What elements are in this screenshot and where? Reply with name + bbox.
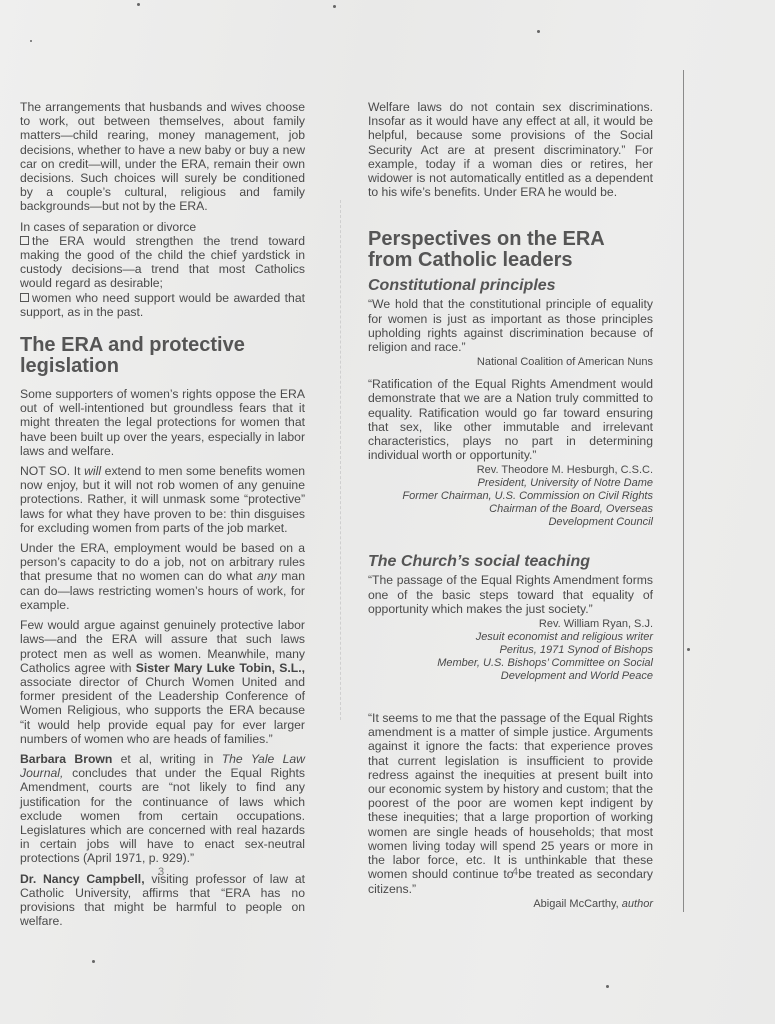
checkbox-bullet-icon: [20, 293, 29, 302]
section-heading-protective-legislation: The ERA and protective legislation: [20, 335, 305, 377]
scan-speck: [333, 5, 336, 8]
page-edge-rule: [683, 70, 684, 912]
subheading-constitutional-principles: Constitutional principles: [368, 277, 653, 295]
scan-speck: [537, 30, 540, 33]
person-name: Sister Mary Luke Tobin, S.L.,: [136, 661, 305, 675]
person-name: Dr. Nancy Campbell,: [20, 872, 145, 886]
paragraph-yale-law-journal: Barbara Brown et al, writing in The Yale…: [20, 752, 305, 866]
page-number-3: 3: [158, 866, 164, 878]
paragraph-not-so: NOT SO. It will extend to men some benef…: [20, 464, 305, 535]
scan-speck: [687, 648, 690, 651]
paragraph-nancy-campbell: Dr. Nancy Campbell, visiting professor o…: [20, 872, 305, 929]
right-column-page-4: Welfare laws do not contain sex discrimi…: [368, 100, 653, 919]
quote-mccarthy: “It seems to me that the passage of the …: [368, 711, 653, 896]
scan-speck: [606, 985, 609, 988]
intro-paragraph: The arrangements that husbands and wives…: [20, 100, 305, 214]
quote-hesburgh: “Ratification of the Equal Rights Amendm…: [368, 377, 653, 462]
paragraph-labor-laws: Few would argue against genuinely protec…: [20, 618, 305, 746]
person-name: Barbara Brown: [20, 752, 112, 766]
welfare-continued-paragraph: Welfare laws do not contain sex discrimi…: [368, 100, 653, 199]
left-column-page-3: The arrangements that husbands and wives…: [20, 100, 305, 928]
scan-speck: [137, 3, 140, 6]
divorce-bullet-1: the ERA would strengthen the trend towar…: [20, 234, 305, 291]
attribution-ryan: Rev. William Ryan, S.J. Jesuit economist…: [368, 618, 653, 683]
checkbox-bullet-icon: [20, 236, 29, 245]
section-heading-perspectives: Perspectives on the ERA from Catholic le…: [368, 229, 653, 271]
page-number-4: 4: [512, 866, 518, 878]
quote-nuns: “We hold that the constitutional princip…: [368, 297, 653, 354]
attribution-mccarthy: Abigail McCarthy, author: [368, 898, 653, 911]
attribution-nuns: National Coalition of American Nuns: [368, 356, 653, 369]
subheading-social-teaching: The Church’s social teaching: [368, 553, 653, 571]
scan-speck: [30, 40, 32, 42]
divorce-bullet-2: women who need support would be awarded …: [20, 291, 305, 319]
paragraph-employment: Under the ERA, employment would be based…: [20, 541, 305, 612]
divorce-lead: In cases of separation or divorce: [20, 220, 305, 234]
column-gutter-rule: [340, 200, 341, 720]
scan-speck: [92, 960, 95, 963]
quote-ryan: “The passage of the Equal Rights Amendme…: [368, 573, 653, 616]
attribution-hesburgh: Rev. Theodore M. Hesburgh, C.S.C. Presid…: [368, 464, 653, 529]
paragraph-supporters: Some supporters of women’s rights oppose…: [20, 387, 305, 458]
